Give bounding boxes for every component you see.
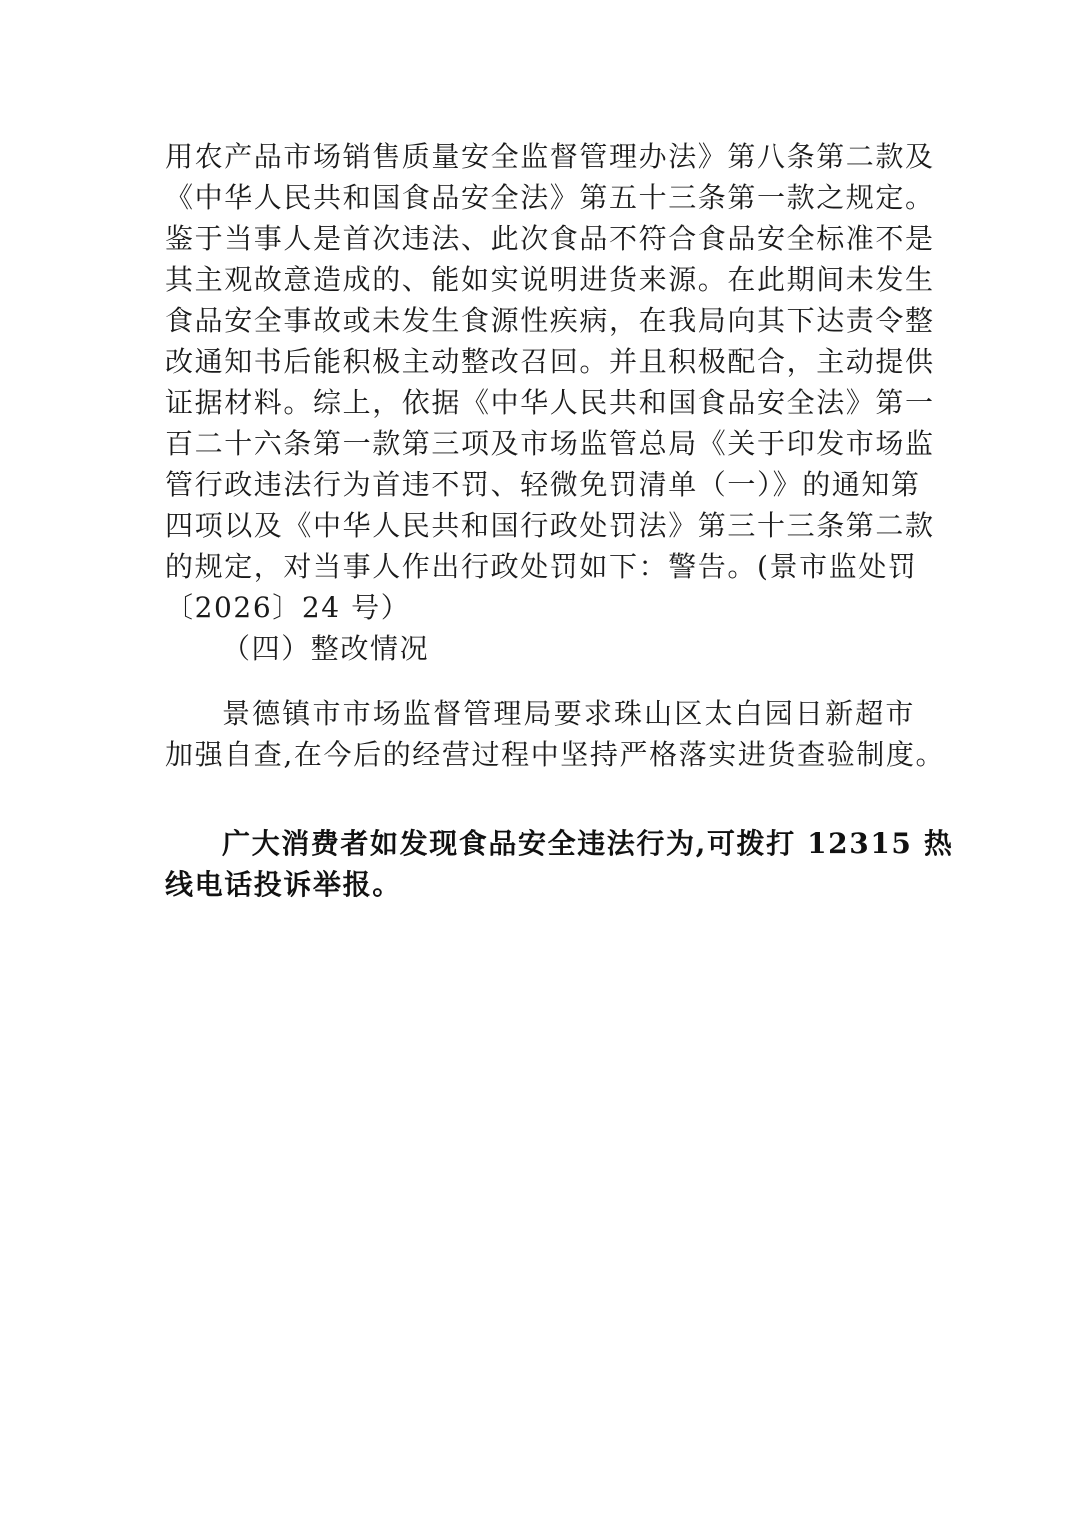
penalty-text-line: 四项以及《中华人民共和国行政处罚法》第三十三条第二款 (165, 505, 915, 546)
rectification-text-line: 景德镇市市场监督管理局要求珠山区太白园日新超市 (222, 693, 915, 734)
hotline-text-line: 广大消费者如发现食品安全违法行为,可拨打 12315 热 (222, 823, 915, 864)
rectification-text-line: 加强自查,在今后的经营过程中坚持严格落实进货查验制度。 (165, 734, 915, 775)
section-heading: （四）整改情况 (222, 628, 915, 669)
penalty-text-line: 其主观故意造成的、能如实说明进货来源。在此期间未发生 (165, 259, 915, 300)
penalty-text-line: 的规定，对当事人作出行政处罚如下：警告。(景市监处罚 (165, 546, 915, 587)
penalty-text-line: 《中华人民共和国食品安全法》第五十三条第一款之规定。 (165, 177, 915, 218)
penalty-text-line: 管行政违法行为首违不罚、轻微免罚清单（一）》的通知第 (165, 464, 915, 505)
document-page: 用农产品市场销售质量安全监督管理办法》第八条第二款及 《中华人民共和国食品安全法… (0, 0, 1074, 1520)
penalty-text-line: 〔2026〕24 号） (165, 587, 915, 628)
penalty-text-line: 改通知书后能积极主动整改召回。并且积极配合，主动提供 (165, 341, 915, 382)
penalty-text-line: 用农产品市场销售质量安全监督管理办法》第八条第二款及 (165, 136, 915, 177)
penalty-text-line: 百二十六条第一款第三项及市场监管总局《关于印发市场监 (165, 423, 915, 464)
hotline-text-line: 线电话投诉举报。 (165, 864, 915, 905)
penalty-text-line: 鉴于当事人是首次违法、此次食品不符合食品安全标准不是 (165, 218, 915, 259)
penalty-text-line: 食品安全事故或未发生食源性疾病，在我局向其下达责令整 (165, 300, 915, 341)
penalty-text-line: 证据材料。综上，依据《中华人民共和国食品安全法》第一 (165, 382, 915, 423)
